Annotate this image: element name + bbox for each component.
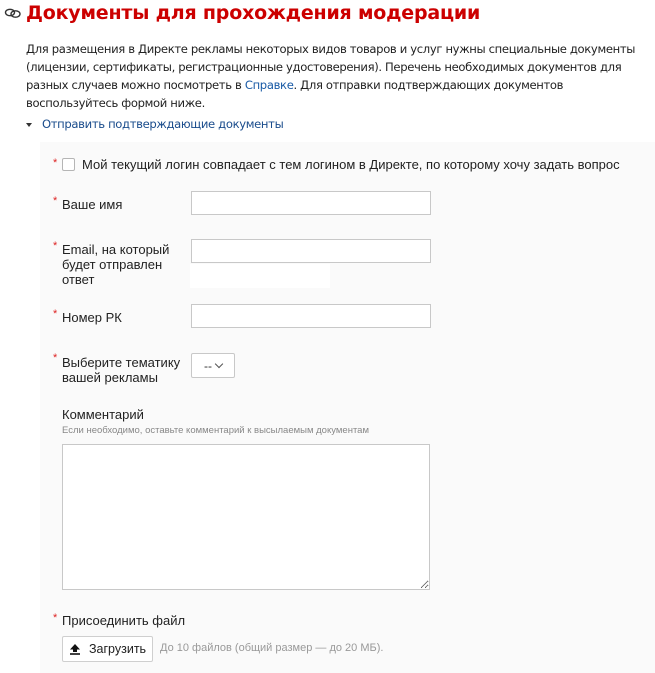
email-input[interactable] <box>192 240 430 262</box>
chevron-down-icon <box>215 359 223 367</box>
comment-field[interactable] <box>62 444 430 590</box>
caret-down-icon <box>26 123 32 127</box>
link-icon[interactable] <box>4 5 24 21</box>
required-mark: * <box>53 195 57 207</box>
name-label: Ваше имя <box>62 197 122 212</box>
upload-icon <box>69 643 81 655</box>
send-documents-toggle-label: Отправить подтверждающие документы <box>42 117 283 131</box>
campaign-input[interactable] <box>192 305 430 327</box>
topic-select[interactable]: -- <box>191 353 235 378</box>
page-title: Документы для прохождения модерации <box>26 2 480 24</box>
campaign-label: Номер РК <box>62 310 122 325</box>
comment-hint: Если необходимо, оставьте комментарий к … <box>62 425 369 436</box>
name-field[interactable] <box>191 191 431 215</box>
campaign-field[interactable] <box>191 304 431 328</box>
comment-label: Комментарий <box>62 407 144 422</box>
email-hint-area <box>190 264 330 288</box>
topic-select-value: -- <box>204 359 212 373</box>
upload-note: До 10 файлов (общий размер — до 20 МБ). <box>160 642 383 654</box>
login-match-checkbox[interactable] <box>62 158 75 171</box>
required-mark: * <box>53 308 57 320</box>
page-header: Документы для прохождения модерации <box>4 2 480 24</box>
required-mark: * <box>53 612 57 624</box>
upload-button-label: Загрузить <box>89 642 146 656</box>
required-mark: * <box>53 352 57 364</box>
topic-label: Выберите тематику вашей рекламы <box>62 355 182 385</box>
send-documents-toggle[interactable]: Отправить подтверждающие документы <box>26 117 283 131</box>
name-input[interactable] <box>192 192 430 214</box>
intro-text: Для размещения в Директе рекламы некотор… <box>26 40 646 112</box>
login-match-label[interactable]: Мой текущий логин совпадает с тем логино… <box>82 157 620 172</box>
required-mark: * <box>53 240 57 252</box>
attach-label: Присоединить файл <box>62 613 185 628</box>
required-mark: * <box>53 157 57 169</box>
email-field[interactable] <box>191 239 431 263</box>
help-link[interactable]: Справке <box>245 78 294 92</box>
comment-textarea[interactable] <box>63 445 429 589</box>
upload-button[interactable]: Загрузить <box>62 636 153 662</box>
email-label: Email, на который будет отправлен ответ <box>62 242 182 287</box>
